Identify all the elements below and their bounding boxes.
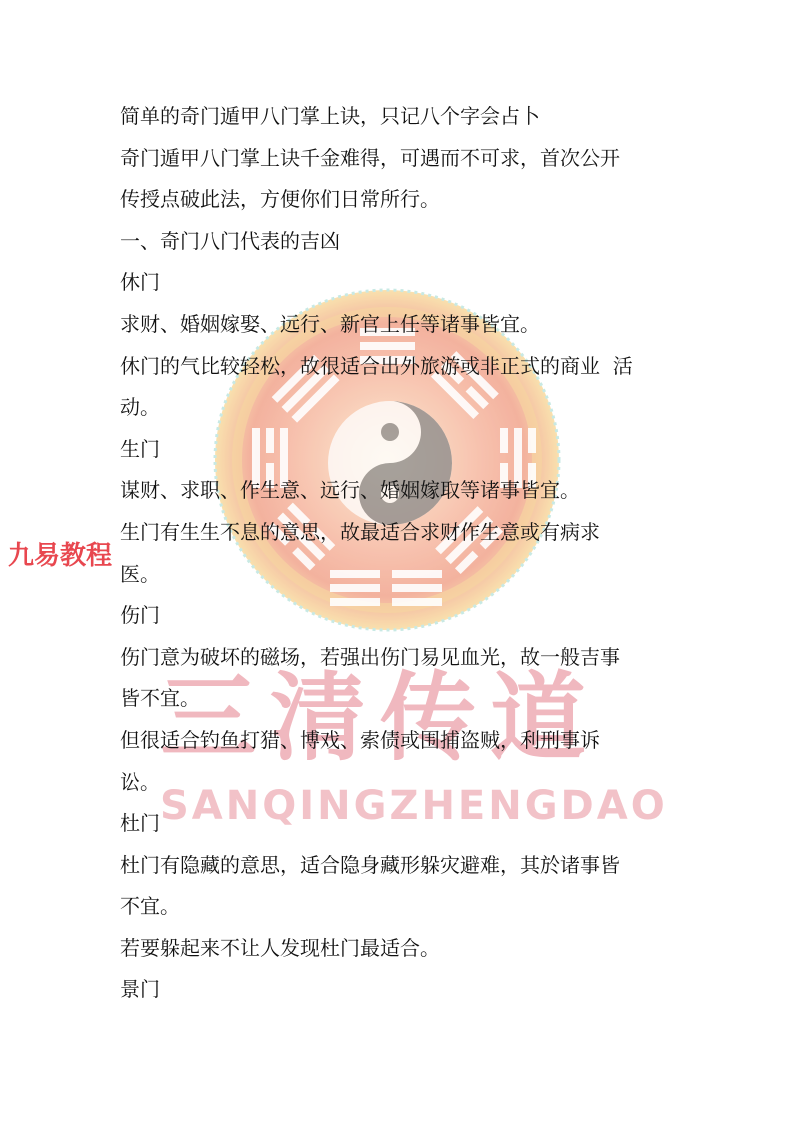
brand-watermark: 九易教程 (8, 543, 112, 569)
paragraph-line: 杜门有隐藏的意思，适合隐身藏形躲灾避难，其於诸事皆 (120, 845, 680, 887)
paragraph-line: 若要躲起来不让人发现杜门最适合。 (120, 928, 680, 970)
gate-heading-shangmen: 伤门 (120, 595, 680, 637)
paragraph-line: 休门的气比较轻松，故很适合出外旅游或非正式的商业 活 (120, 346, 680, 388)
paragraph-line: 动。 (120, 387, 680, 429)
paragraph-line: 但很适合钓鱼打猎、博戏、索债或围捕盗贼，利刑事诉 (120, 720, 680, 762)
paragraph-line: 不宜。 (120, 886, 680, 928)
document-body: 简单的奇门遁甲八门掌上诀，只记八个字会占卜 奇门遁甲八门掌上诀千金难得，可遇而不… (120, 96, 680, 1011)
paragraph-line: 皆不宜。 (120, 678, 680, 720)
paragraph-line: 医。 (120, 554, 680, 596)
paragraph-line: 传授点破此法，方便你们日常所行。 (120, 179, 680, 221)
paragraph-line: 谋财、求职、作生意、远行、婚姻嫁取等诸事皆宜。 (120, 470, 680, 512)
gate-heading-jingmen: 景门 (120, 969, 680, 1011)
paragraph-line: 求财、婚姻嫁娶、远行、新官上任等诸事皆宜。 (120, 304, 680, 346)
paragraph-line: 奇门遁甲八门掌上诀千金难得，可遇而不可求，首次公开 (120, 138, 680, 180)
paragraph-line: 伤门意为破坏的磁场，若强出伤门易见血光，故一般吉事 (120, 637, 680, 679)
paragraph-line: 生门有生生不息的意思，故最适合求财作生意或有病求 (120, 512, 680, 554)
gate-heading-shengmen: 生门 (120, 429, 680, 471)
gate-heading-xiumen: 休门 (120, 262, 680, 304)
document-title: 简单的奇门遁甲八门掌上诀，只记八个字会占卜 (120, 96, 680, 138)
section-heading: 一、奇门八门代表的吉凶 (120, 221, 680, 263)
paragraph-line: 讼。 (120, 762, 680, 804)
gate-heading-dumen: 杜门 (120, 803, 680, 845)
